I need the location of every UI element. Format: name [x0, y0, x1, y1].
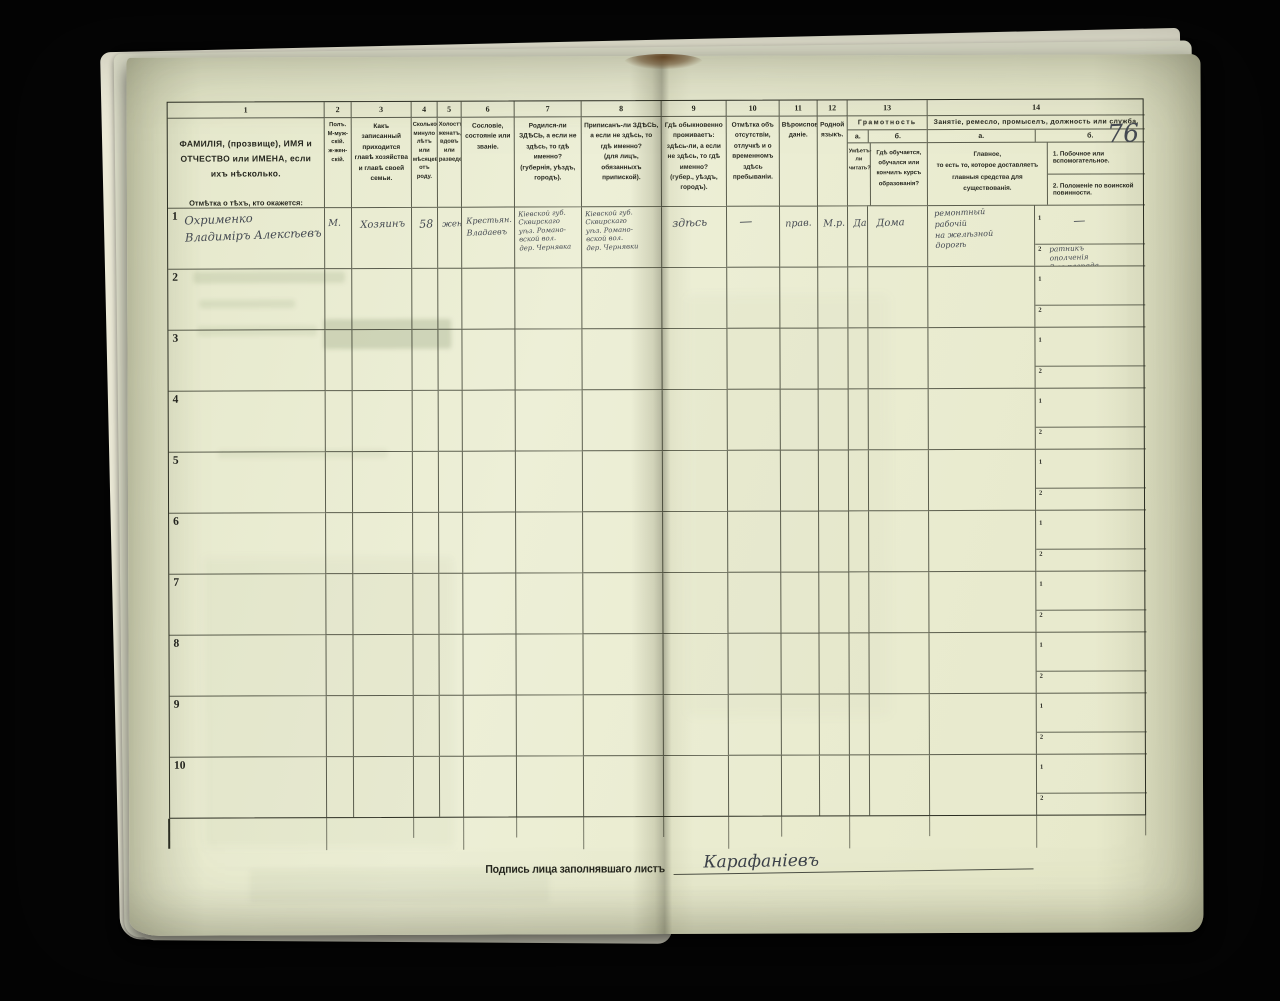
hw-literacy-where: [876, 338, 927, 340]
sub-cell-military: 2: [1037, 731, 1147, 753]
hw-occupation-side: [1074, 394, 1146, 397]
sub-cell-side-occupation: 1: [1037, 762, 1147, 792]
sub-cell-military: 2: [1037, 670, 1147, 692]
row-number: 3: [172, 333, 178, 345]
cell-literacy-read: [849, 449, 869, 510]
col-number-11: 11: [780, 100, 818, 116]
hw-occupation-main: [935, 449, 1035, 453]
cell-marital: [438, 268, 462, 329]
cell-religion: прав.: [780, 205, 818, 266]
cell-name: 1 Охрименко Владиміръ Алексѣевъ: [168, 207, 325, 269]
cell-name: 9: [170, 695, 327, 757]
cell-religion: [781, 510, 819, 571]
header-literacy-where: Гдѣ обучается, обучался или кончилъ курс…: [871, 143, 927, 205]
hw-literacy-read: [855, 706, 869, 707]
cell-birthplace: [516, 511, 583, 572]
cell-occupation-main: [929, 632, 1036, 693]
sub-cell-military: 2 ратникъ ополченія 2-го разряда: [1035, 243, 1145, 265]
header-residence: Гдѣ обыкновенно проживаетъ: здѣсь-ли, а …: [662, 117, 727, 206]
row-number: 6: [173, 516, 179, 528]
sub-row-label: 2: [1038, 307, 1041, 314]
header-age: Сколько минуло лѣтъ или мѣсяцевъ отъ род…: [412, 118, 438, 207]
cell-relation: Хозяинъ: [352, 207, 412, 268]
column-tick: [516, 818, 517, 838]
cell-marital: [440, 756, 464, 817]
hw-sex: [329, 400, 350, 401]
column-tick: [463, 818, 464, 850]
cell-age: [413, 451, 439, 512]
hw-sex: [329, 522, 350, 523]
header-absence: Отмѣтка объ отсутствіи, отлучкѣ и о врем…: [727, 117, 780, 206]
table-row: 3 1 2: [168, 326, 1143, 390]
header-marital: Холостъ, женатъ, вдовъ или разведенъ.: [438, 118, 462, 207]
cell-occupation-side: 1 2: [1036, 631, 1146, 692]
cell-occupation-side: 1 2: [1036, 570, 1146, 631]
hw-estate: [467, 397, 515, 399]
cell-literacy-read: [849, 510, 869, 571]
column-tick: [663, 817, 664, 837]
cell-occupation-main: [929, 449, 1036, 510]
sub-cell-side-occupation: 1: [1035, 274, 1145, 304]
cell-estate: [464, 756, 517, 817]
cell-birthplace: [515, 328, 582, 389]
hw-literacy-where: [877, 460, 928, 462]
header-occupation-main: Главное, то есть то, которое доставляетъ…: [928, 143, 1048, 205]
cell-sex: [326, 573, 353, 634]
hw-registration: [586, 512, 662, 515]
cell-registration: [583, 511, 663, 572]
hw-occupation-side: [1074, 455, 1146, 458]
cell-birthplace: [517, 694, 584, 755]
hw-age: 58: [419, 217, 437, 231]
hw-literacy-read: [854, 462, 868, 463]
hw-registration: [586, 451, 662, 454]
hw-residence: [674, 703, 728, 705]
table-row: 2 1 2: [168, 265, 1143, 329]
hw-literacy-where: [877, 521, 928, 523]
sub-cell-side-occupation: 1: [1036, 457, 1146, 487]
header-literacy-block: Грамотность а. б. Умѣетъ-ли читать? Гдѣ …: [848, 116, 928, 205]
hw-language: [824, 523, 848, 524]
cell-relation: [353, 390, 413, 451]
hw-sex: М.: [328, 217, 349, 229]
column-tick: [929, 816, 930, 836]
sub-row-label: 2: [1038, 246, 1041, 253]
column-tick: [781, 817, 782, 837]
cell-literacy-read: Да: [848, 205, 868, 266]
row-number: 2: [172, 272, 178, 284]
hw-name: [186, 634, 326, 639]
cell-occupation-main: [930, 693, 1037, 754]
hw-relation: [362, 706, 413, 708]
cell-absence: [729, 694, 782, 755]
cell-occupation-side: 1 2: [1037, 753, 1147, 814]
hw-relation: [362, 767, 413, 769]
cell-estate: Крестьян. Владаевъ: [462, 207, 515, 268]
census-table: 1 2 3 4 5 6 7 8 9 10 11 12 13 14 ФА: [167, 98, 1147, 854]
header-registration: Приписанъ-ли ЗДѢСЬ, а если не здѣсь, то …: [582, 117, 662, 206]
cell-language: [819, 510, 849, 571]
sub-row-label: 1: [1040, 642, 1043, 649]
col-number-1: 1: [168, 102, 325, 119]
hw-language: [825, 706, 849, 707]
cell-relation: [353, 573, 413, 634]
cell-residence: [663, 633, 728, 694]
hw-literacy-where: [877, 399, 928, 401]
cell-residence: [663, 572, 728, 633]
sub-cell-side-occupation: 1: [1035, 335, 1145, 365]
cell-birthplace: [516, 389, 583, 450]
cell-literacy-where: [869, 510, 929, 571]
hw-residence: [672, 337, 726, 339]
sub-row-label: 1: [1039, 398, 1042, 405]
hw-age: [420, 583, 438, 584]
cell-sex: [327, 756, 354, 817]
hw-language: [825, 767, 849, 768]
sub-row-label: 1: [1040, 764, 1043, 771]
cell-name: 3: [168, 329, 325, 391]
cell-estate: [463, 390, 516, 451]
cell-birthplace: Кіевской губ. Сквирскаго уѣз. Романо- вс…: [515, 206, 582, 267]
cell-religion: [781, 449, 819, 510]
hw-birthplace: Кіевской губ. Сквирскаго уѣз. Романо- вс…: [518, 208, 582, 253]
hw-military: ратникъ ополченія 2-го разряда: [1049, 242, 1145, 266]
cell-sex: [326, 634, 353, 695]
cell-occupation-side: 1 — 2 ратникъ ополченія 2-го разряда: [1035, 204, 1145, 265]
col-number-10: 10: [727, 101, 780, 117]
cell-age: [413, 573, 439, 634]
hw-religion: [785, 278, 817, 279]
sub-cell-military: 2: [1036, 548, 1146, 570]
cell-sex: [326, 451, 353, 512]
hw-registration: [586, 573, 662, 576]
hw-birthplace: [518, 330, 581, 332]
header-occupation-block: Занятіе, ремесло, промыселъ, должность и…: [928, 115, 1145, 205]
cell-residence: здѣсь: [662, 206, 727, 267]
hw-literacy-read: Да: [853, 218, 867, 230]
sub-row-label: 1: [1038, 276, 1041, 283]
cell-occupation-side: 1 2: [1036, 509, 1146, 570]
sub-cell-military: 2: [1037, 792, 1147, 814]
hw-residence: [673, 520, 727, 522]
cell-literacy-read: [848, 266, 868, 327]
sub-cell-side-occupation: 1: [1037, 701, 1147, 731]
hw-religion: [787, 644, 819, 645]
cell-relation: [353, 451, 413, 512]
table-header: 1 2 3 4 5 6 7 8 9 10 11 12 13 14 ФА: [168, 99, 1143, 207]
column-tick: [1145, 815, 1146, 835]
cell-religion: [782, 693, 820, 754]
col-number-9: 9: [662, 101, 727, 117]
hw-sex: [330, 705, 351, 706]
cell-registration: [584, 694, 664, 755]
hw-absence: [740, 396, 780, 398]
hw-residence: [673, 398, 727, 400]
hw-occupation-side: [1075, 638, 1147, 641]
hw-relation: [361, 523, 412, 525]
cell-religion: [780, 327, 818, 388]
hw-marital: [444, 646, 463, 647]
hw-absence: [740, 579, 780, 581]
row-number: 10: [174, 760, 186, 772]
hw-marital: [442, 341, 461, 342]
header-language: Родной языкъ.: [818, 116, 848, 205]
cell-occupation-main: [929, 388, 1036, 449]
cell-occupation-side: 1 2: [1036, 448, 1146, 509]
hw-language: М.р.: [823, 218, 847, 230]
header-estate: Сословіе, состояніе или званіе.: [462, 118, 515, 207]
sub-cell-military: 2: [1036, 487, 1146, 509]
header-literacy-read: Умѣетъ-ли читать?: [848, 143, 871, 205]
fold-top-tear: [624, 54, 702, 69]
cell-occupation-side: 1 2: [1035, 326, 1145, 387]
cell-marital: [439, 634, 463, 695]
hw-language: [824, 462, 848, 463]
hw-religion: [785, 339, 817, 340]
sub-row-label: 2: [1040, 734, 1043, 741]
sub-row-label: 2: [1039, 612, 1042, 619]
table-row: 8 1 2: [169, 631, 1144, 695]
signature-block: Подпись лица заполнявшаго листъ Карафані…: [485, 852, 1033, 876]
column-tick: [583, 817, 584, 849]
hw-absence: [740, 457, 780, 459]
cell-name: 8: [169, 634, 326, 696]
hw-relation: [362, 645, 413, 647]
hw-language: [825, 645, 849, 646]
hw-literacy-read: [854, 584, 868, 585]
sub-row-label: 2: [1040, 673, 1043, 680]
cell-marital: [439, 573, 463, 634]
hw-absence: [739, 274, 779, 276]
cell-occupation-side: 1 2: [1037, 692, 1147, 753]
row-number: 5: [173, 455, 179, 467]
cell-name: 10: [170, 756, 327, 818]
hw-literacy-read: [853, 340, 867, 341]
hw-registration: [586, 634, 662, 637]
hw-marital: [444, 768, 463, 769]
hw-occupation-main: [934, 327, 1034, 331]
hw-literacy-read: [854, 523, 868, 524]
cell-birthplace: [516, 633, 583, 694]
cell-language: [819, 571, 849, 632]
cell-birthplace: [516, 572, 583, 633]
cell-estate: [463, 512, 516, 573]
hw-estate: [468, 702, 516, 704]
hw-language: [823, 279, 847, 280]
cell-age: [413, 512, 439, 573]
cell-literacy-read: [849, 388, 869, 449]
hw-birthplace: [519, 391, 582, 393]
sub-cell-side-occupation: 1 —: [1035, 213, 1145, 243]
sub-row-label: 1: [1039, 581, 1042, 588]
cell-absence: [728, 633, 781, 694]
hw-language: [823, 340, 847, 341]
hw-marital: [443, 524, 462, 525]
col-number-12: 12: [818, 100, 848, 116]
cell-language: [820, 754, 850, 815]
hw-relation: [361, 462, 412, 464]
hw-name: [185, 512, 325, 517]
hw-sex: [328, 278, 349, 279]
cell-sex: [326, 390, 353, 451]
header-military-status: 2. Положеніе по воинской повинности.: [1048, 173, 1145, 205]
cell-residence: [664, 755, 729, 816]
hw-birthplace: [520, 696, 583, 698]
cell-literacy-read: [848, 327, 868, 388]
table-row: 7 1 2: [169, 570, 1144, 634]
cell-residence: [663, 450, 728, 511]
header-literacy-a-label: а.: [848, 130, 869, 142]
cell-estate: [462, 268, 515, 329]
cell-name: 6: [169, 512, 326, 574]
hw-literacy-read: [855, 645, 869, 646]
col-number-3: 3: [352, 102, 412, 118]
cell-literacy-read: [849, 632, 869, 693]
hw-occupation-side: —: [1073, 211, 1145, 228]
hw-name: [184, 329, 324, 334]
hw-literacy-where: Дома: [876, 216, 927, 229]
hw-literacy-where: [876, 277, 927, 279]
hw-absence: [741, 640, 781, 642]
sub-row-label: 2: [1039, 551, 1042, 558]
header-name-title: ФАМИЛІЯ, (прозвище), ИМЯ и ОТЧЕСТВО или …: [176, 136, 316, 182]
sub-row-label: 2: [1040, 795, 1043, 802]
cell-residence: [662, 267, 727, 328]
hw-age: [421, 766, 439, 767]
cell-residence: [663, 389, 728, 450]
cell-literacy-where: [869, 388, 929, 449]
sub-cell-side-occupation: 1: [1036, 518, 1146, 548]
cell-estate: [463, 573, 516, 634]
column-tick: [728, 817, 729, 849]
table-row: 5 1 2: [169, 448, 1144, 512]
hw-occupation-side: [1073, 272, 1145, 275]
cell-language: [819, 632, 849, 693]
col-number-13: 13: [848, 100, 928, 116]
cell-relation: [354, 695, 414, 756]
col-number-8: 8: [582, 101, 662, 117]
cell-sex: [326, 512, 353, 573]
hw-residence: [673, 581, 727, 583]
cell-name: 7: [169, 573, 326, 635]
sub-row-label: 2: [1039, 368, 1042, 375]
column-tick: [849, 816, 850, 848]
cell-absence: [729, 755, 782, 816]
hw-literacy-where: [878, 765, 929, 767]
hw-absence: [740, 518, 780, 520]
sub-row-label: 2: [1039, 429, 1042, 436]
cell-relation: [352, 329, 412, 390]
hw-relation: [360, 340, 411, 342]
row-number: 1: [172, 211, 178, 223]
cell-literacy-where: [868, 327, 928, 388]
col-number-5: 5: [438, 102, 462, 118]
cell-literacy-where: Дома: [868, 205, 928, 266]
cell-marital: [439, 512, 463, 573]
cell-relation: [353, 634, 413, 695]
header-name-note: Отмѣтка о тѣхъ, кто окажется: слѣпымъ на…: [176, 197, 316, 208]
hw-name: [185, 390, 325, 395]
cell-absence: [728, 572, 781, 633]
sub-cell-side-occupation: 1: [1036, 579, 1146, 609]
hw-birthplace: [519, 513, 582, 515]
cell-marital: [439, 451, 463, 512]
hw-age: [421, 644, 439, 645]
header-name-column: ФАМИЛІЯ, (прозвище), ИМЯ и ОТЧЕСТВО или …: [168, 118, 325, 208]
cell-age: [413, 634, 439, 695]
sub-row-label: 1: [1039, 459, 1042, 466]
cell-age: [412, 329, 438, 390]
hw-birthplace: [520, 757, 583, 759]
hw-occupation-side: [1074, 516, 1146, 519]
cell-absence: [727, 328, 780, 389]
hw-registration: [585, 268, 661, 271]
column-tick: [413, 818, 414, 838]
col-number-2: 2: [325, 102, 352, 118]
cell-age: 58: [412, 207, 438, 268]
cell-estate: [463, 634, 516, 695]
handwritten-page-number: 76: [1107, 118, 1140, 148]
photo-of-census-sheet: 1 2 3 4 5 6 7 8 9 10 11 12 13 14 ФА: [0, 0, 1280, 1001]
cell-language: М.р.: [818, 205, 848, 266]
hw-name: [185, 573, 325, 578]
hw-absence: —: [739, 213, 780, 230]
row-number: 8: [173, 638, 179, 650]
table-row: 9 1 2: [170, 692, 1145, 756]
hw-occupation-main: [936, 754, 1036, 758]
cell-religion: [781, 388, 819, 449]
cell-religion: [782, 754, 820, 815]
table-row: 1 Охрименко Владиміръ Алексѣевъ М. Хозяи…: [168, 204, 1143, 268]
cell-language: [819, 388, 849, 449]
sub-cell-side-occupation: 1: [1037, 640, 1147, 670]
hw-literacy-where: [877, 582, 928, 584]
hw-religion: [786, 461, 818, 462]
cell-language: [819, 449, 849, 510]
sub-cell-side-occupation: 1: [1036, 396, 1146, 426]
cell-relation: [354, 756, 414, 817]
cell-marital: жен.: [438, 207, 462, 268]
hw-name: [185, 451, 325, 456]
cell-registration: [583, 633, 663, 694]
hw-literacy-read: [854, 401, 868, 402]
cell-sex: [327, 695, 354, 756]
hw-age: [419, 339, 437, 340]
cell-absence: [728, 389, 781, 450]
cell-sex: М.: [325, 207, 352, 268]
hw-occupation-main: [934, 266, 1034, 270]
table-frame: 1 2 3 4 5 6 7 8 9 10 11 12 13 14 ФА: [167, 98, 1146, 818]
cell-marital: [439, 390, 463, 451]
row-number: 9: [174, 699, 180, 711]
row-number: 4: [173, 394, 179, 406]
cell-residence: [664, 694, 729, 755]
cell-occupation-main: [929, 510, 1036, 571]
hw-name: Охрименко Владиміръ Алексѣевъ: [184, 207, 325, 247]
hw-marital: [443, 463, 462, 464]
hw-residence: [673, 459, 727, 461]
hw-estate: [467, 519, 515, 521]
cell-religion: [781, 632, 819, 693]
hw-religion: [786, 400, 818, 401]
cell-age: [414, 756, 440, 817]
cell-occupation-main: [930, 754, 1037, 815]
hw-occupation-main: [935, 632, 1035, 636]
column-tick: [326, 818, 327, 850]
cell-age: [414, 695, 440, 756]
cell-absence: —: [727, 206, 780, 267]
hw-estate: [468, 641, 516, 643]
